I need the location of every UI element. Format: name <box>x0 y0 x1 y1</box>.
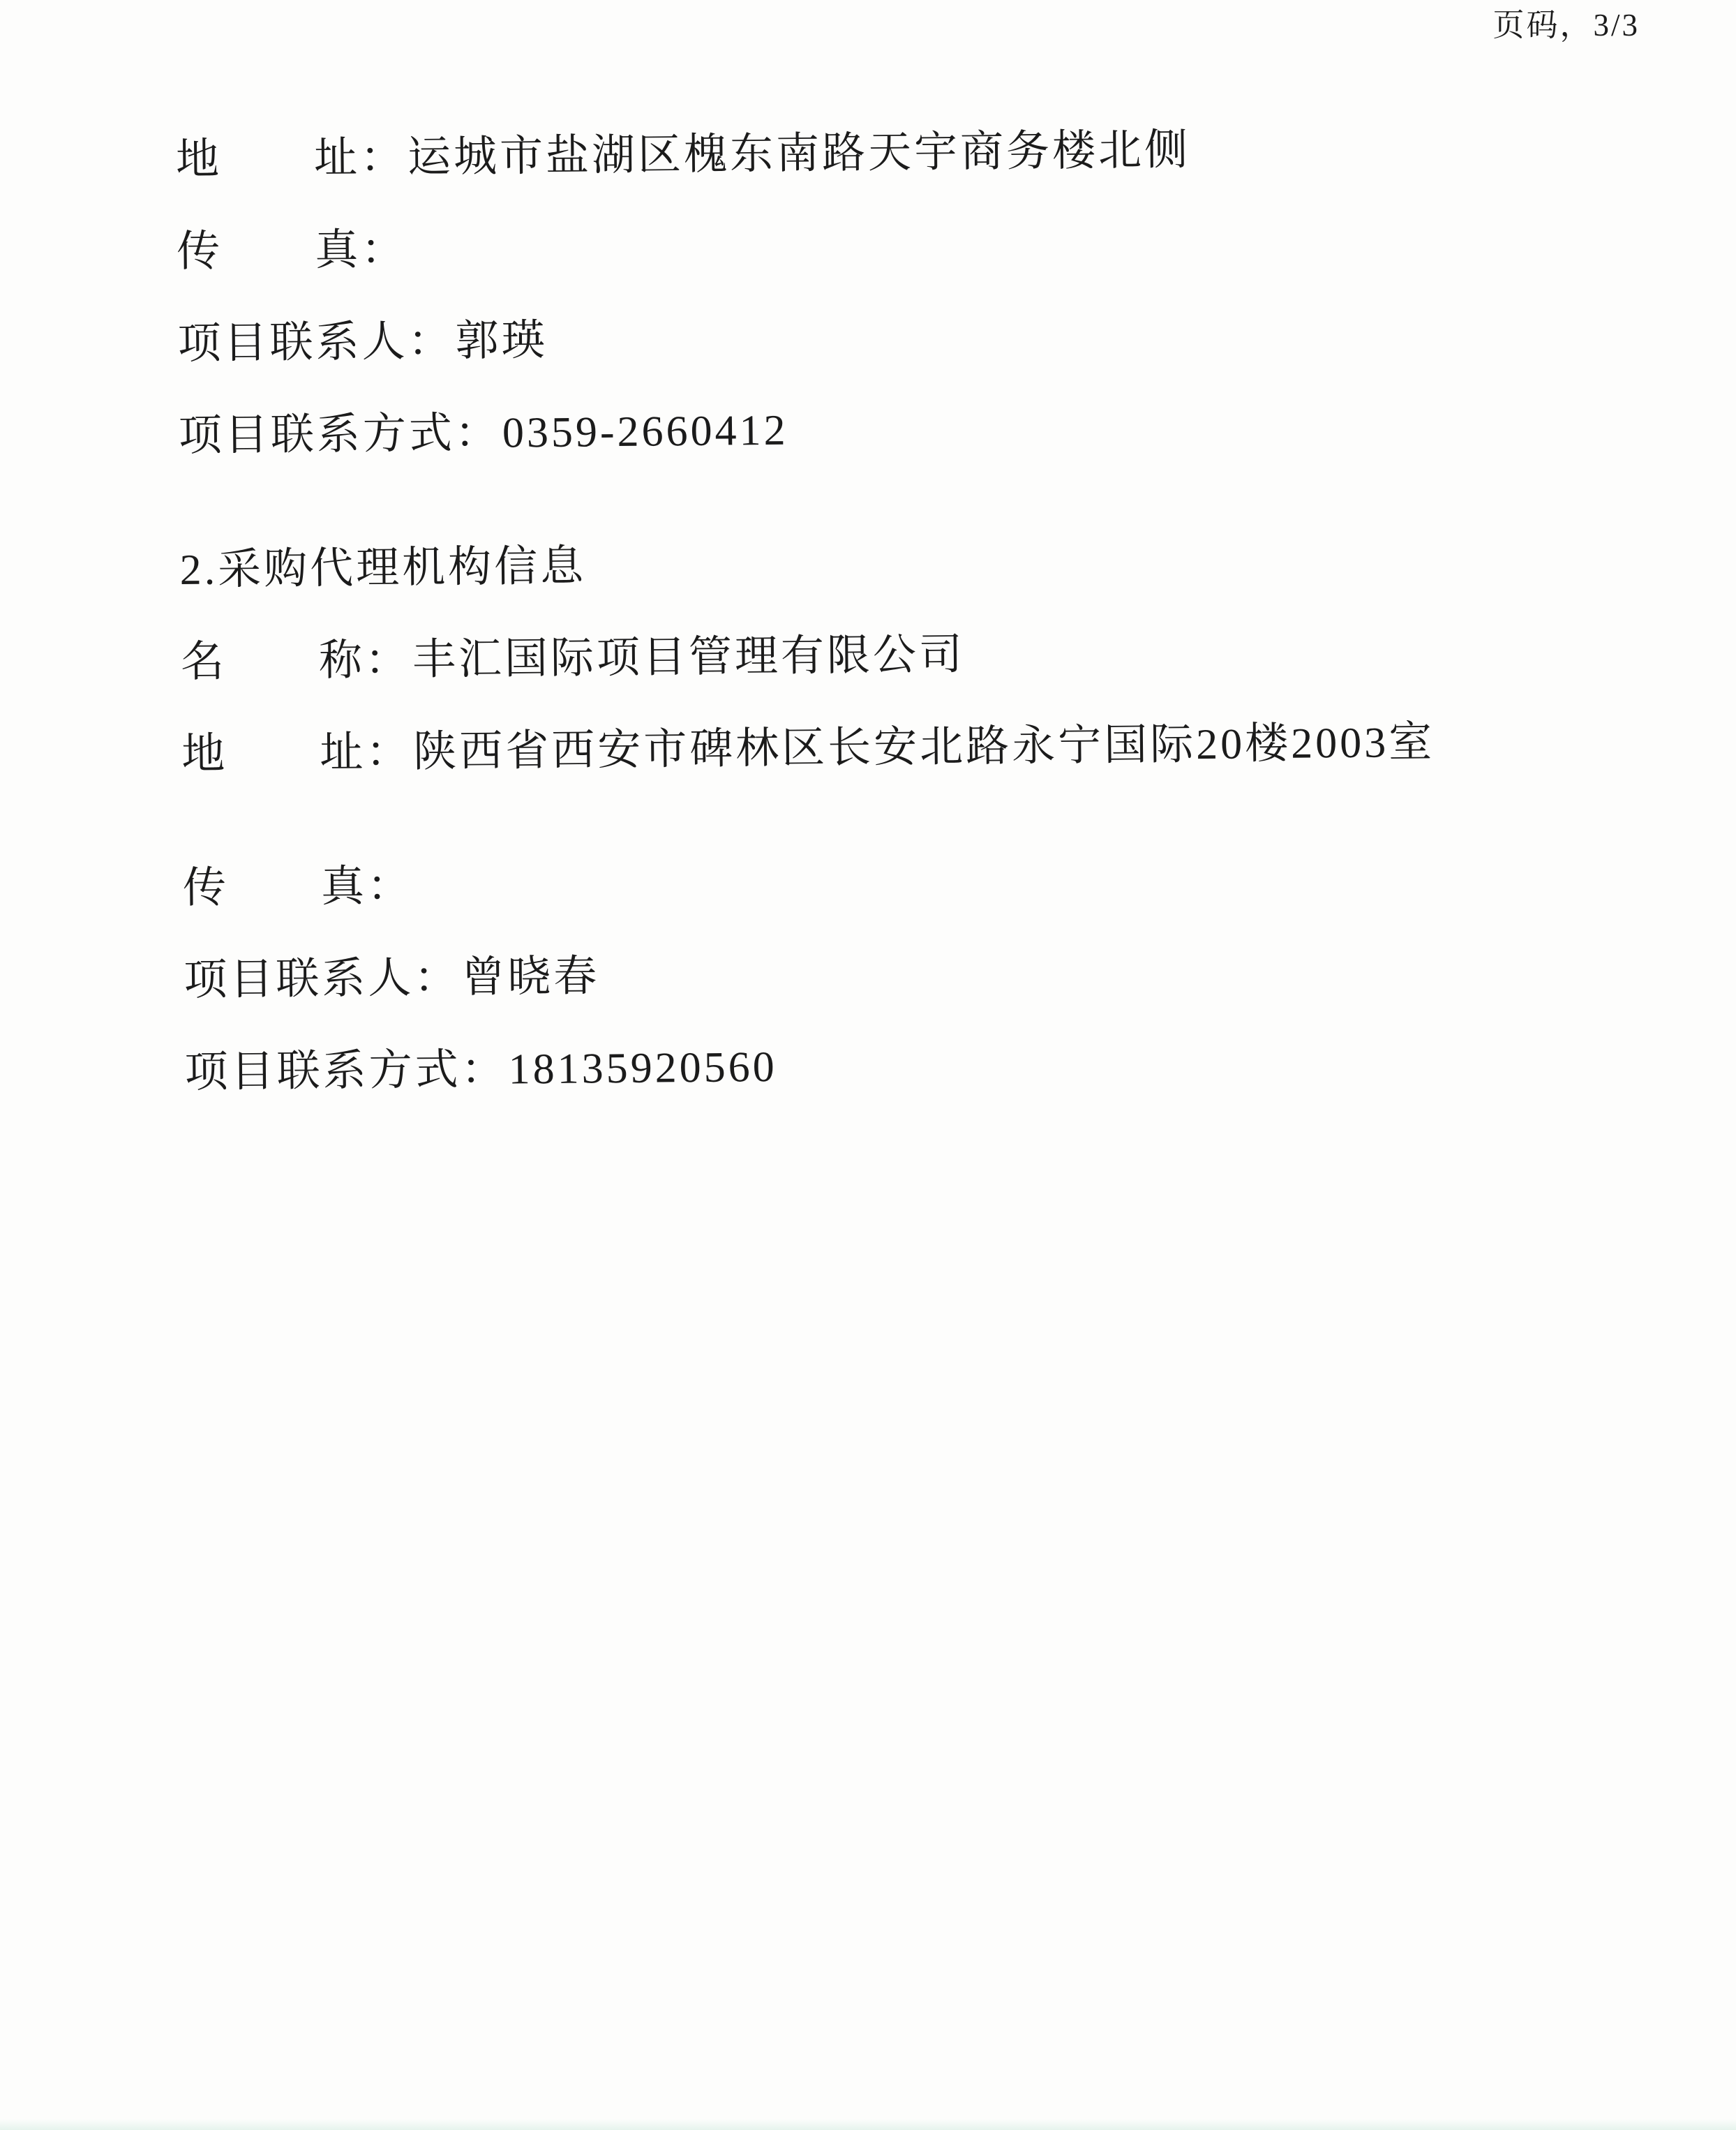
contact-person-value: 郭瑛 <box>454 317 548 365</box>
contact-person-value: 曾晓春 <box>460 953 600 1001</box>
scan-edge-artifact <box>0 2119 1736 2130</box>
purchaser-contact-person-line: 项目联系人：郭瑛 <box>177 306 1736 366</box>
purchaser-address-line: 地 址：运城市盐湖区槐东南路天宇商务楼北侧 <box>176 122 1736 182</box>
fax-value <box>407 226 409 274</box>
purchaser-contact-phone-line: 项目联系方式：0359-2660412 <box>179 399 1736 459</box>
address-value: 陕西省西安市碑林区长安北路永宁国际20楼2003室 <box>412 719 1435 776</box>
contact-phone-label: 项目联系方式： <box>179 410 502 460</box>
agency-section-heading: 2.采购代理机构信息 <box>179 532 1736 593</box>
fax-label: 传 真： <box>177 226 407 276</box>
fax-value <box>413 863 415 910</box>
contact-person-label: 项目联系人： <box>184 954 461 1004</box>
scanned-document-page: 页码，3/3 地 址：运城市盐湖区槐东南路天宇商务楼北侧 传 真： 项目联系人：… <box>0 0 1736 2130</box>
address-label: 地 址： <box>176 134 407 184</box>
purchaser-info-section: 地 址：运城市盐湖区槐东南路天宇商务楼北侧 传 真： 项目联系人：郭瑛 项目联系… <box>176 122 1736 459</box>
address-value: 运城市盐湖区槐东南路天宇商务楼北侧 <box>406 126 1191 181</box>
name-value: 丰汇国际项目管理有限公司 <box>411 631 966 684</box>
purchaser-fax-line: 传 真： <box>177 214 1736 274</box>
contact-person-label: 项目联系人： <box>177 318 454 368</box>
document-content: 地 址：运城市盐湖区槐东南路天宇商务楼北侧 传 真： 项目联系人：郭瑛 项目联系… <box>0 0 1736 1144</box>
agency-info-section: 2.采购代理机构信息 名 称：丰汇国际项目管理有限公司 地 址：陕西省西安市碑林… <box>179 532 1736 1095</box>
address-label: 地 址： <box>181 729 412 778</box>
contact-phone-value: 18135920560 <box>507 1043 777 1094</box>
name-label: 名 称： <box>181 636 412 686</box>
contact-phone-value: 0359-2660412 <box>501 407 788 457</box>
fax-label: 传 真： <box>183 863 414 912</box>
agency-contact-phone-line: 项目联系方式：18135920560 <box>184 1035 1736 1095</box>
agency-fax-line: 传 真： <box>183 851 1736 911</box>
agency-address-line: 地 址：陕西省西安市碑林区长安北路永宁国际20楼2003室 <box>181 717 1736 777</box>
contact-phone-label: 项目联系方式： <box>184 1046 507 1096</box>
agency-contact-person-line: 项目联系人：曾晓春 <box>184 943 1736 1003</box>
agency-name-line: 名 称：丰汇国际项目管理有限公司 <box>181 625 1736 685</box>
